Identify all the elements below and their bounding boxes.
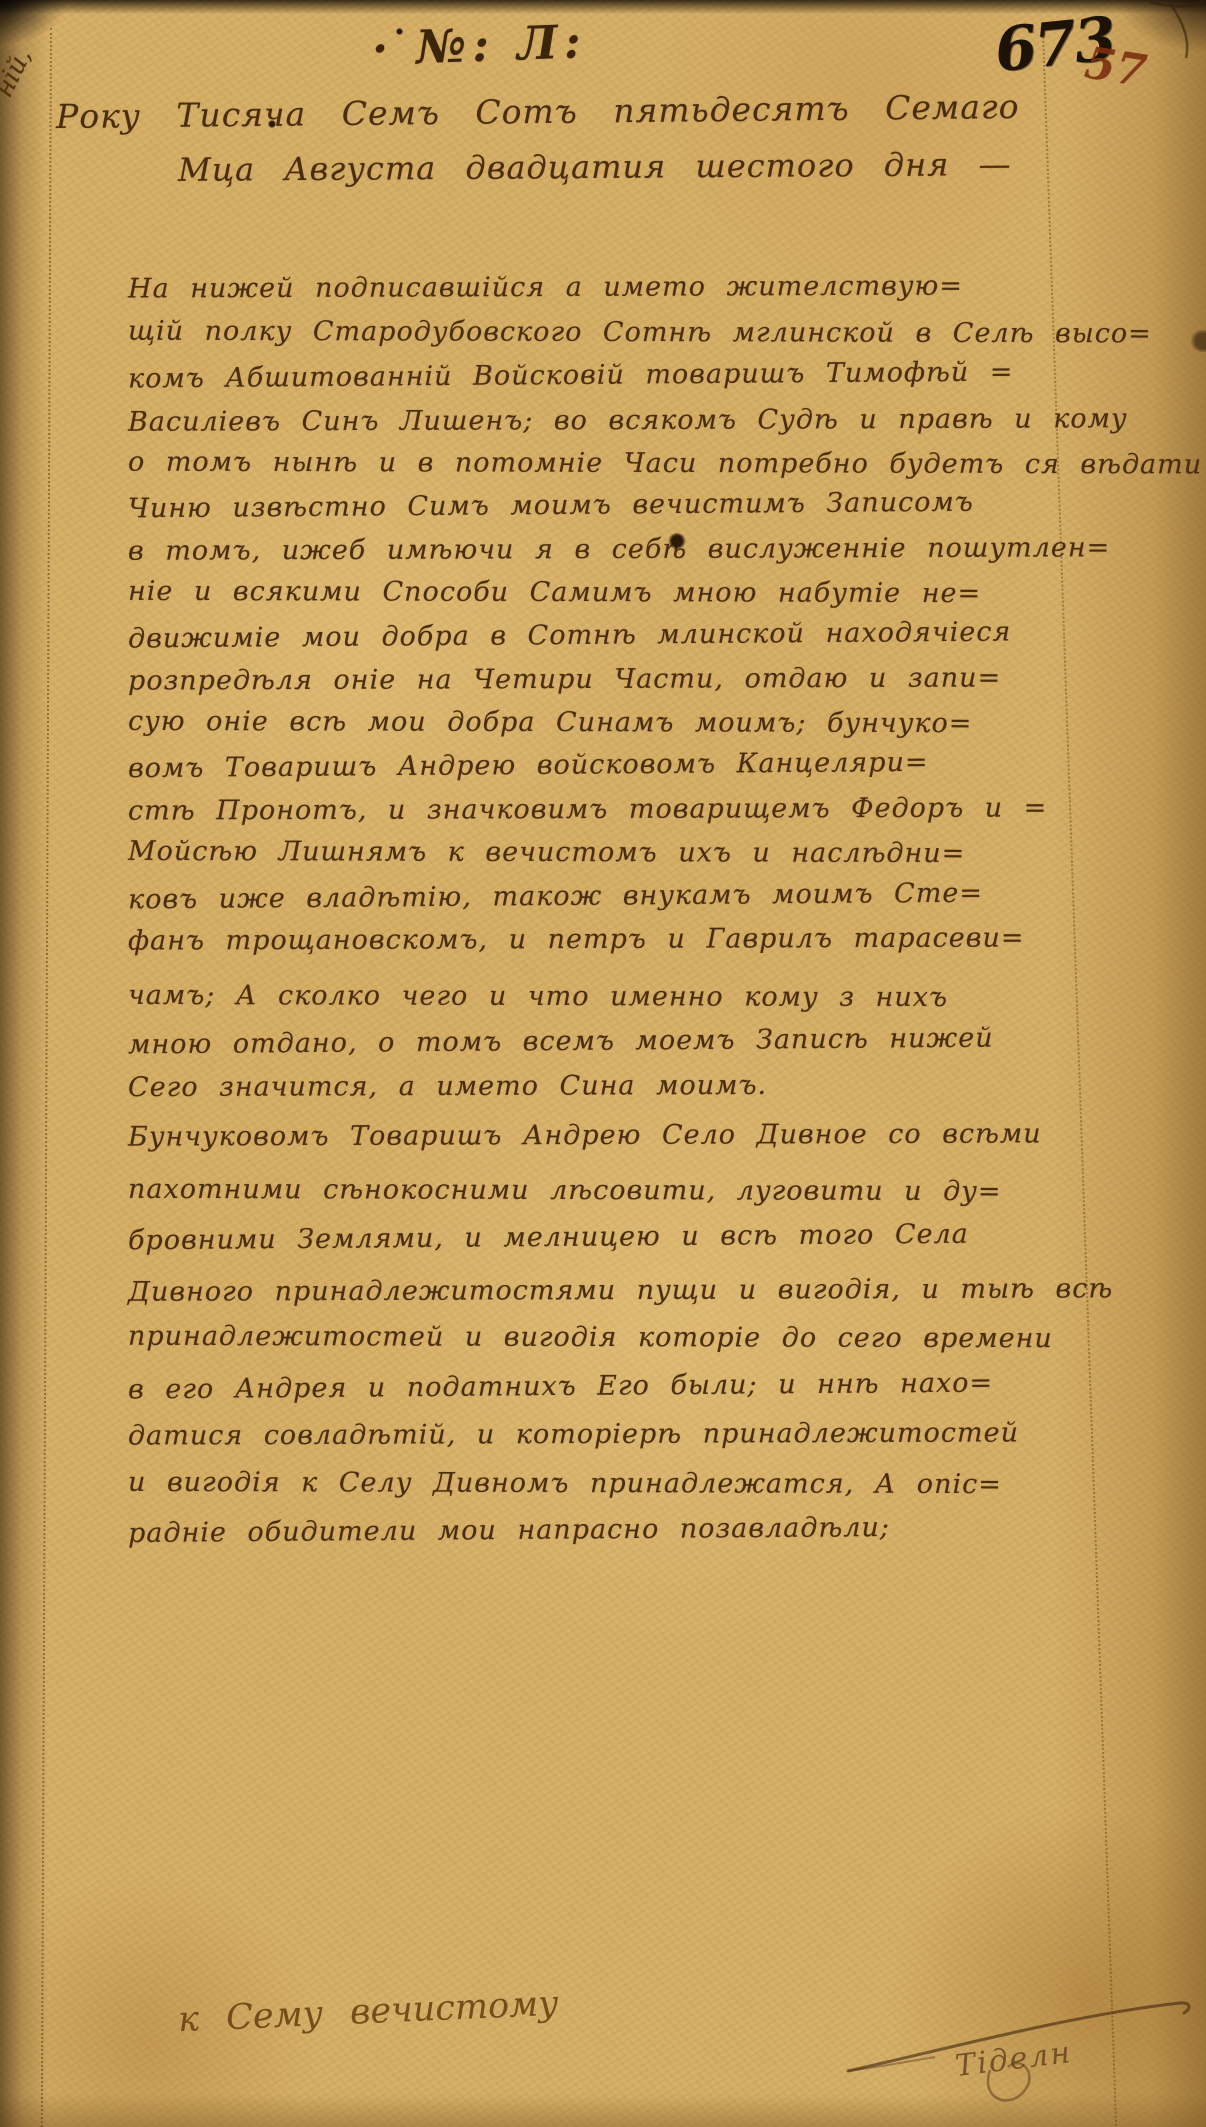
manuscript-line: вомъ Товаришъ Андрею войсковомъ Канцеляр… bbox=[128, 747, 929, 784]
manuscript-line: Дивного принадлежитостями пущи и вигодія… bbox=[128, 1273, 1113, 1307]
date-line-1: Року Тисяча Семъ Сотъ пятьдесятъ Семаго bbox=[56, 87, 1020, 136]
manuscript-line: ніе и всякими Способи Самимъ мною набуті… bbox=[128, 576, 981, 609]
manuscript-line: стѣ Пронотъ, и значковимъ товарищемъ Фед… bbox=[128, 792, 1047, 826]
manuscript-line: и вигодія к Селу Дивномъ принадлежатся, … bbox=[128, 1467, 1002, 1500]
manuscript-line: в его Андрея и податнихъ Его были; и ннѣ… bbox=[128, 1368, 993, 1406]
ink-blot bbox=[1190, 330, 1206, 352]
manuscript-line: розпредѣля оніе на Четири Части, отдаю и… bbox=[128, 662, 1001, 696]
header-number: · №: Л: bbox=[371, 14, 587, 75]
manuscript-line: Мойсѣю Лишнямъ к вечистомъ ихъ и наслѣдн… bbox=[128, 836, 965, 869]
date-line-2: Мца Августа двадцатия шестого дня — bbox=[178, 145, 1012, 189]
manuscript-page: · №: Л: 673 57 ній, Року Тисяча Семъ Сот… bbox=[0, 0, 1206, 2127]
ink-blot bbox=[668, 533, 686, 549]
manuscript-line: Чиню извѣстно Симъ моимъ вечистимъ Запис… bbox=[128, 487, 974, 525]
closing-line: к Сему вечистому bbox=[177, 1984, 559, 2041]
ink-blot bbox=[396, 28, 403, 35]
ink-blot bbox=[268, 120, 276, 128]
manuscript-line: бровними Землями, и мелницею и всѣ того … bbox=[128, 1219, 969, 1257]
margin-note: ній, bbox=[0, 44, 38, 102]
manuscript-line: пахотними сѣнокосними лѣсовити, луговити… bbox=[128, 1174, 1002, 1207]
manuscript-line: фанъ трощановскомъ, и петръ и Гаврилъ та… bbox=[128, 922, 1025, 956]
manuscript-line: в томъ, ижеб имѣючи я в себѣ вислуженніе… bbox=[128, 532, 1110, 566]
manuscript-line: Василіевъ Синъ Лишенъ; во всякомъ Судѣ и… bbox=[128, 403, 1128, 437]
manuscript-line: сую оніе всѣ мои добра Синамъ моимъ; бун… bbox=[128, 706, 973, 739]
manuscript-line: радніе обидители мои напрасно позавладѣл… bbox=[128, 1512, 890, 1549]
manuscript-line: о томъ нынѣ и в потомніе Часи потребно б… bbox=[128, 447, 1202, 481]
left-margin-rule bbox=[41, 28, 52, 2127]
manuscript-line: движиміе мои добра в Сотнѣ млинской нахо… bbox=[128, 617, 1012, 655]
manuscript-line: Сего значится, а името Сина моимъ. bbox=[128, 1070, 767, 1103]
manuscript-line: Бунчуковомъ Товаришъ Андрею Село Дивное … bbox=[128, 1118, 1042, 1152]
manuscript-line: мною отдано, о томъ всемъ моемъ Записѣ н… bbox=[128, 1023, 994, 1061]
manuscript-line: ковъ иже владѣтію, також внукамъ моимъ С… bbox=[128, 878, 983, 916]
manuscript-line: комъ Абшитованній Войсковій товаришъ Тим… bbox=[128, 357, 1014, 395]
manuscript-line: На нижей подписавшійся а името жителству… bbox=[128, 271, 963, 305]
manuscript-line: принадлежитостей и вигодія которіе до се… bbox=[128, 1321, 1053, 1354]
manuscript-line: щій полку Стародубовского Сотнѣ мглинско… bbox=[128, 316, 1152, 350]
corner-pen-mark-icon bbox=[1140, 0, 1206, 60]
manuscript-line: датися совладѣтій, и которіерѣ принадлеж… bbox=[128, 1417, 1019, 1451]
manuscript-line: чамъ; А сколко чего и что именно кому з … bbox=[128, 980, 948, 1013]
